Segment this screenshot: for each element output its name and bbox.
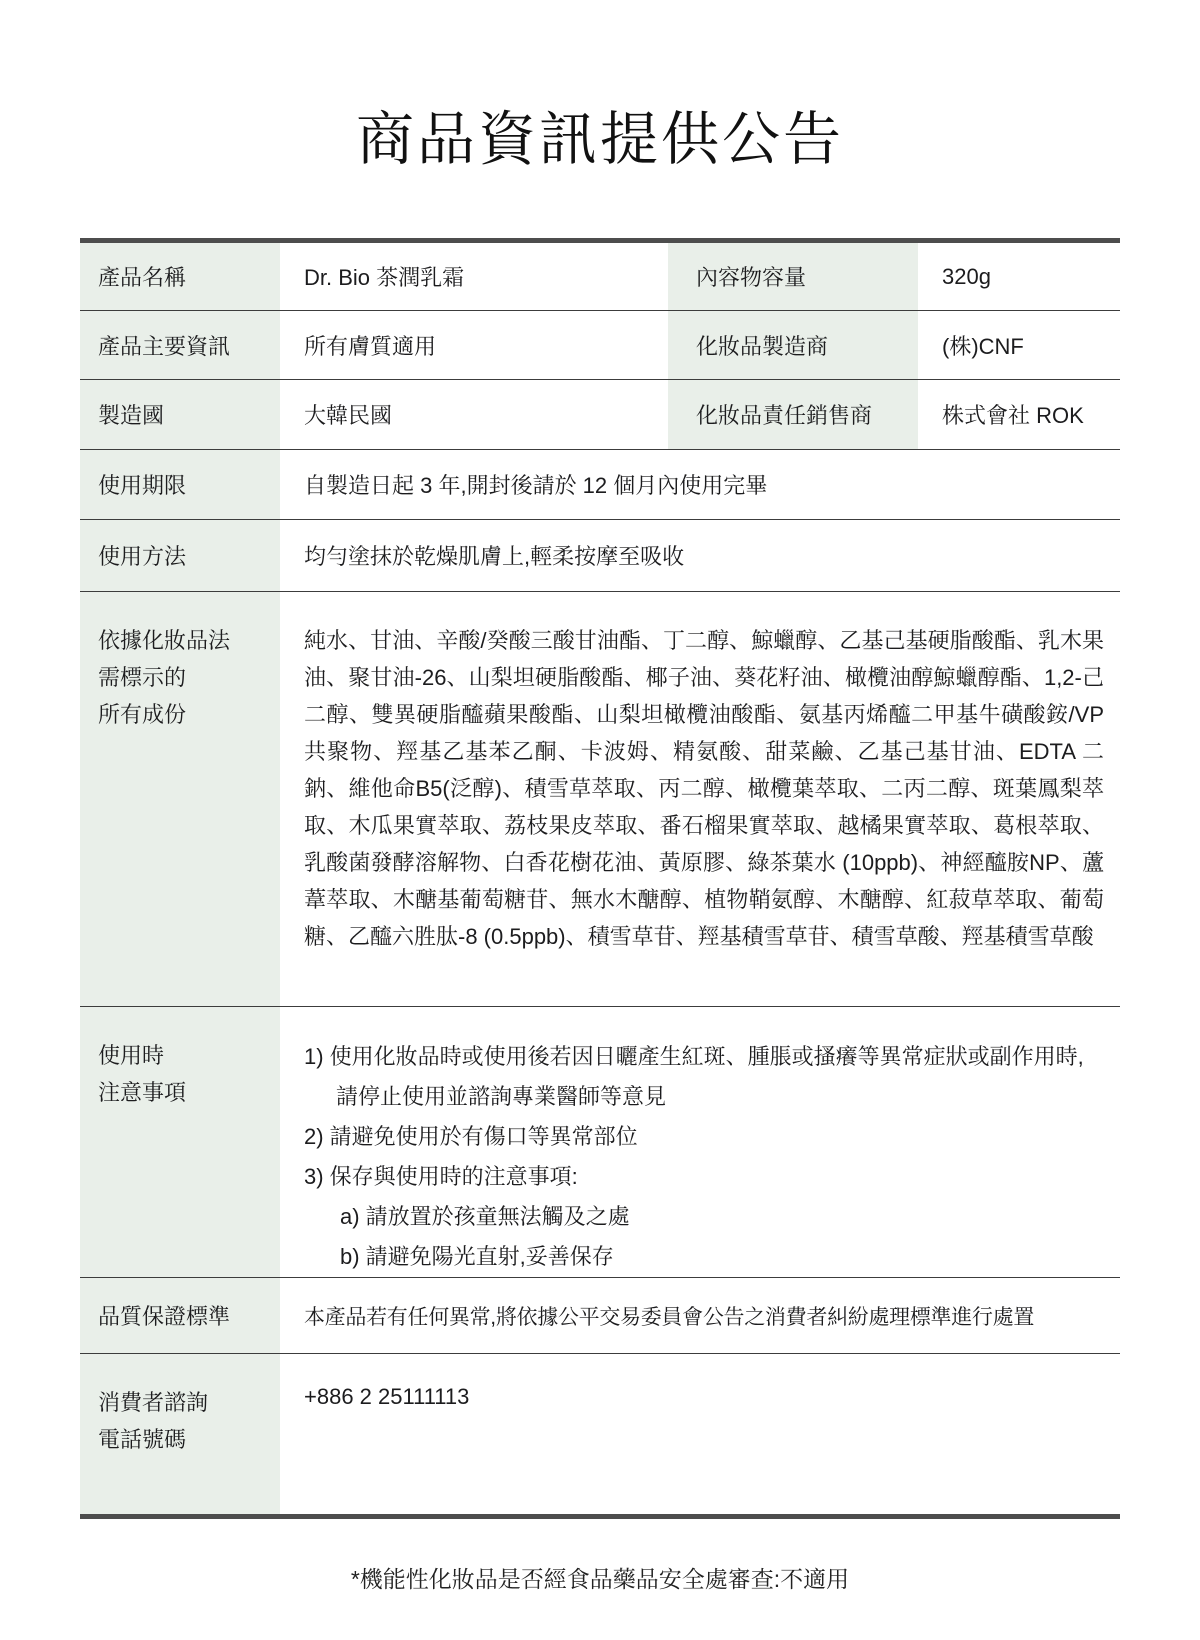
manufacturer-value: (株)CNF [918, 311, 1120, 379]
usage-period-value: 自製造日起 3 年,開封後請於 12 個月內使用完畢 [280, 450, 1120, 519]
main-info-label: 產品主要資訊 [80, 311, 280, 379]
precautions-cell: 1) 使用化妝品時或使用後若因日曬產生紅斑、腫脹或搔癢等異常症狀或副作用時,請停… [280, 1007, 1120, 1277]
main-info-value: 所有膚質適用 [280, 311, 668, 379]
table-row-quality-standard: 品質保證標準 本產品若有任何異常,將依據公平交易委員會公告之消費者糾紛處理標準進… [80, 1278, 1120, 1354]
manufacturer-label: 化妝品製造商 [668, 311, 918, 379]
usage-method-label: 使用方法 [80, 520, 280, 591]
footer-note: *機能性化妝品是否經食品藥品安全處審查:不適用 [0, 1561, 1200, 1594]
precaution-item-3: 3) 保存與使用時的注意事項: [304, 1157, 1104, 1197]
country-label: 製造國 [80, 380, 280, 449]
content-volume-value: 320g [918, 243, 1120, 310]
ingredients-label: 依據化妝品法 需標示的 所有成份 [80, 592, 280, 1006]
product-name-label: 產品名稱 [80, 243, 280, 310]
table-row-consumer-contact: 消費者諮詢 電話號碼 +886 2 25111113 [80, 1354, 1120, 1514]
precaution-item-1: 1) 使用化妝品時或使用後若因日曬產生紅斑、腫脹或搔癢等異常症狀或副作用時,請停… [304, 1037, 1104, 1117]
precaution-item-3b: b) 請避免陽光直射,妥善保存 [304, 1237, 1104, 1277]
table-row-usage-method: 使用方法 均勻塗抹於乾燥肌膚上,輕柔按摩至吸收 [80, 520, 1120, 592]
quality-standard-value: 本產品若有任何異常,將依據公平交易委員會公告之消費者糾紛處理標準進行處置 [280, 1278, 1120, 1353]
consumer-contact-label: 消費者諮詢 電話號碼 [80, 1354, 280, 1514]
precaution-item-2: 2) 請避免使用於有傷口等異常部位 [304, 1117, 1104, 1157]
usage-period-label: 使用期限 [80, 450, 280, 519]
ingredients-text: 純水、甘油、辛酸/癸酸三酸甘油酯、丁二醇、鯨蠟醇、乙基己基硬脂酸酯、乳木果油、聚… [304, 622, 1104, 955]
country-value: 大韓民國 [280, 380, 668, 449]
table-row-ingredients: 依據化妝品法 需標示的 所有成份 純水、甘油、辛酸/癸酸三酸甘油酯、丁二醇、鯨蠟… [80, 592, 1120, 1007]
seller-label: 化妝品責任銷售商 [668, 380, 918, 449]
table-row-main-info: 產品主要資訊 所有膚質適用 化妝品製造商 (株)CNF [80, 311, 1120, 380]
consumer-contact-value: +886 2 25111113 [280, 1354, 1120, 1514]
usage-method-value: 均勻塗抹於乾燥肌膚上,輕柔按摩至吸收 [280, 520, 1120, 591]
product-info-page: { "page": { "title": "商品資訊提供公告", "footer… [0, 0, 1200, 1640]
product-info-table: 產品名稱 Dr. Bio 茶潤乳霜 內容物容量 320g 產品主要資訊 所有膚質… [80, 238, 1120, 1519]
ingredients-cell: 純水、甘油、辛酸/癸酸三酸甘油酯、丁二醇、鯨蠟醇、乙基己基硬脂酸酯、乳木果油、聚… [280, 592, 1120, 1006]
seller-value: 株式會社 ROK [918, 380, 1120, 449]
quality-standard-label: 品質保證標準 [80, 1278, 280, 1353]
product-name-value: Dr. Bio 茶潤乳霜 [280, 243, 668, 310]
table-row-usage-period: 使用期限 自製造日起 3 年,開封後請於 12 個月內使用完畢 [80, 450, 1120, 520]
precautions-label: 使用時 注意事項 [80, 1007, 280, 1277]
table-row-product-name: 產品名稱 Dr. Bio 茶潤乳霜 內容物容量 320g [80, 243, 1120, 311]
page-title: 商品資訊提供公告 [0, 0, 1200, 176]
precaution-item-3a: a) 請放置於孩童無法觸及之處 [304, 1197, 1104, 1237]
content-volume-label: 內容物容量 [668, 243, 918, 310]
table-row-precautions: 使用時 注意事項 1) 使用化妝品時或使用後若因日曬產生紅斑、腫脹或搔癢等異常症… [80, 1007, 1120, 1278]
precaution-list: 1) 使用化妝品時或使用後若因日曬產生紅斑、腫脹或搔癢等異常症狀或副作用時,請停… [304, 1037, 1104, 1277]
table-row-country: 製造國 大韓民國 化妝品責任銷售商 株式會社 ROK [80, 380, 1120, 450]
